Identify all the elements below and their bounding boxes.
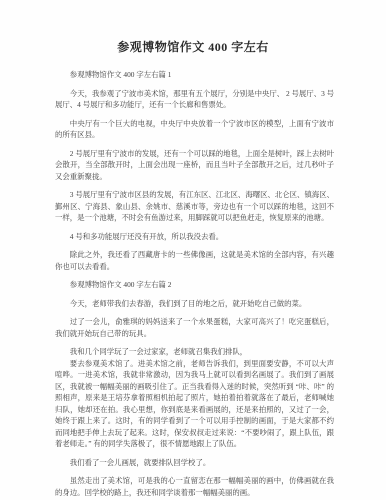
essay-paragraph: 我和几个同学玩了一会过家家，老师就召集我们排队，	[55, 346, 334, 358]
essay-paragraph: 4 号和多功能展厅还没有开放，所以我没去看。	[55, 231, 334, 243]
essay-paragraph: 参观博物馆作文 400 字左右篇 1	[55, 69, 334, 81]
essay-paragraph: 除此之外，我还看了西藏唐卡的一些佛像画，这就是美术馆的全部内容，有兴趣你也可以去…	[55, 249, 334, 272]
essay-paragraph: 过了一会儿，俞雅琪的妈妈送来了一个水果蛋糕，大家可高兴了！吃完蛋糕后，我们就开始…	[55, 316, 334, 339]
essay-paragraph: 今天，我参观了宁波市美术馆，那里有五个展厅，分别是中央厅、 2 号展厅、3 号展…	[55, 88, 334, 111]
essay-paragraph: 要去参观美术馆了。进美术馆之前，老师告诉我们，到里面要安静，不可以大声喧哗。一进…	[55, 358, 334, 450]
document-page: 参观博物馆作文 400 字左右 参观博物馆作文 400 字左右篇 1今天，我参观…	[0, 0, 386, 500]
page-title: 参观博物馆作文 400 字左右	[0, 38, 386, 55]
essay-paragraph: 虽然走出了美术馆，可是我的心一直留恋在那一幅幅美丽的画中，仿佛画就在我的身边。回…	[55, 475, 334, 498]
essay-paragraph: 参观博物馆作文 400 字左右篇 2	[55, 279, 334, 291]
essay-paragraph: 今天，老师带我们去春游，我们到了目的地之后，就开始吃自己做的菜。	[55, 298, 334, 310]
essay-paragraph: 我们看了一会儿画展，就要排队回学校了。	[55, 457, 334, 469]
essay-paragraph: 3 号展厅里有宁波市区县的发展，有江东区、江北区、海曙区、北仑区、镇海区、鄞州区…	[55, 189, 334, 224]
essay-paragraph: 中央厅有一个巨大的电视，中央厅中央放着一个宁波市区的模型，上面有宁波市的所有区县…	[55, 118, 334, 141]
essay-body: 参观博物馆作文 400 字左右篇 1今天，我参观了宁波市美术馆，那里有五个展厅，…	[55, 69, 334, 498]
essay-paragraph: 2 号展厅里有宁波市的发展，还有一个可以踩的地毯，上面全是树叶，踩上去树叶会散开…	[55, 148, 334, 183]
